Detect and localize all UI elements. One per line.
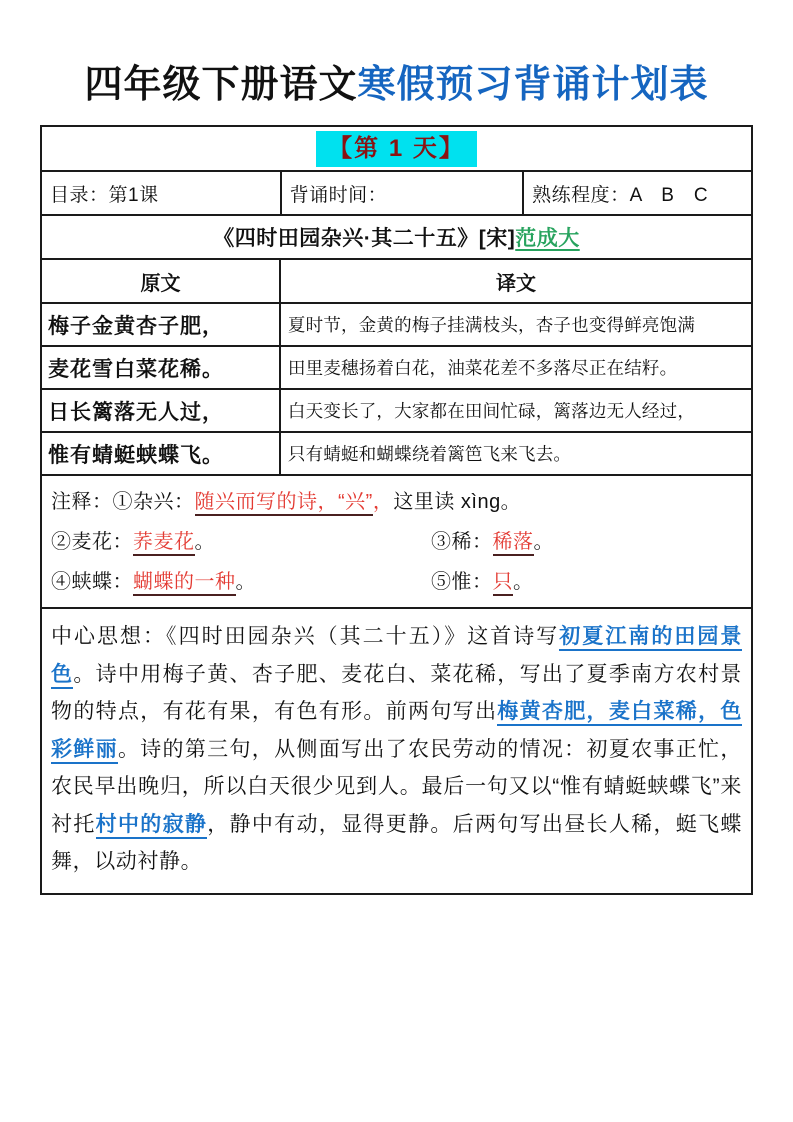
poem-title-text: 《四时田园杂兴·其二十五》[宋] bbox=[213, 222, 515, 252]
title-plan-part: 寒假预习背诵计划表 bbox=[358, 64, 709, 106]
column-header-row: 原文 译文 bbox=[42, 260, 751, 304]
title-grade-part: 四年级下册语文 bbox=[84, 64, 357, 106]
poem-line: 麦花雪白菜花稀。 bbox=[42, 347, 281, 388]
recitation-schedule-table: 【第 1 天】 目录：第1课 背诵时间： 熟练程度：A B C 《四时田园杂兴·… bbox=[40, 125, 753, 895]
page-title: 四年级下册语文寒假预习背诵计划表 bbox=[0, 62, 793, 108]
poem-line: 梅子金黄杏子肥， bbox=[42, 304, 281, 345]
note-line-3: ④蛱蝶：蝴蝶的一种。 ⑤惟：只。 bbox=[51, 562, 742, 602]
worksheet-page: 四年级下册语文寒假预习背诵计划表 【第 1 天】 目录：第1课 背诵时间： 熟练… bbox=[0, 0, 793, 1122]
poem-line: 惟有蜻蜓蛱蝶飞。 bbox=[42, 433, 281, 474]
note-4: ④蛱蝶：蝴蝶的一种。 bbox=[51, 562, 431, 602]
day-badge: 【第 1 天】 bbox=[316, 131, 477, 167]
poem-row-4: 惟有蜻蜓蛱蝶飞。 只有蜻蜓和蝴蝶绕着篱笆飞来飞去。 bbox=[42, 433, 751, 476]
poem-title-row: 《四时田园杂兴·其二十五》[宋]范成大 bbox=[42, 216, 751, 260]
info-row: 目录：第1课 背诵时间： 熟练程度：A B C bbox=[42, 172, 751, 216]
central-idea-row: 中心思想：《四时田园杂兴（其二十五）》这首诗写初夏江南的田园景色。诗中用梅子黄、… bbox=[42, 609, 751, 893]
recite-time-cell: 背诵时间： bbox=[282, 172, 524, 214]
day-header-row: 【第 1 天】 bbox=[42, 127, 751, 172]
translation-column-header: 译文 bbox=[281, 260, 751, 302]
poem-translation: 只有蜻蜓和蝴蝶绕着篱笆飞来飞去。 bbox=[281, 433, 751, 474]
poem-line: 日长篱落无人过， bbox=[42, 390, 281, 431]
note-3: ③稀：稀落。 bbox=[431, 522, 742, 562]
poem-translation: 田里麦穗扬着白花，油菜花差不多落尽正在结籽。 bbox=[281, 347, 751, 388]
annotations-row: 注释：①杂兴：随兴而写的诗，“兴”，这里读 xìng。 ②麦花：荞麦花。 ③稀：… bbox=[42, 476, 751, 609]
poem-translation: 夏时节，金黄的梅子挂满枝头，杏子也变得鲜亮饱满 bbox=[281, 304, 751, 345]
note-line-2: ②麦花：荞麦花。 ③稀：稀落。 bbox=[51, 522, 742, 562]
poem-row-2: 麦花雪白菜花稀。 田里麦穗扬着白花，油菜花差不多落尽正在结籽。 bbox=[42, 347, 751, 390]
poem-translation: 白天变长了，大家都在田间忙碌，篱落边无人经过， bbox=[281, 390, 751, 431]
note-2: ②麦花：荞麦花。 bbox=[51, 522, 431, 562]
poem-row-1: 梅子金黄杏子肥， 夏时节，金黄的梅子挂满枝头，杏子也变得鲜亮饱满 bbox=[42, 304, 751, 347]
proficiency-cell: 熟练程度：A B C bbox=[524, 172, 751, 214]
note-line-1: 注释：①杂兴：随兴而写的诗，“兴”，这里读 xìng。 bbox=[51, 482, 742, 522]
original-column-header: 原文 bbox=[42, 260, 281, 302]
note-5: ⑤惟：只。 bbox=[431, 562, 742, 602]
author-link[interactable]: 范成大 bbox=[515, 222, 580, 252]
poem-row-3: 日长篱落无人过， 白天变长了，大家都在田间忙碌，篱落边无人经过， bbox=[42, 390, 751, 433]
catalog-cell: 目录：第1课 bbox=[42, 172, 282, 214]
